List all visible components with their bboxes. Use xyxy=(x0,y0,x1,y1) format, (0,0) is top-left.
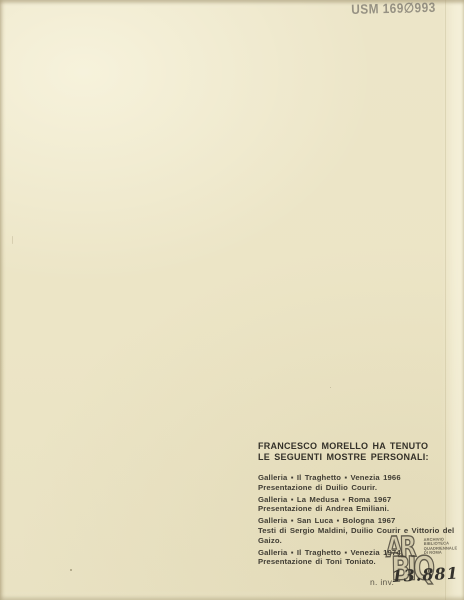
heading-line-2: LE SEGUENTI MOSTRE PERSONALI: xyxy=(258,452,429,462)
exhibition-venue: Galleria ▪ La Medusa ▪ Roma 1967 xyxy=(258,495,461,505)
catalog-heading: FRANCESCO MORELLO HA TENUTOLE SEGUENTI M… xyxy=(258,441,461,463)
inventory-number-label: n. inv. xyxy=(370,577,394,587)
handwritten-inventory-number: 13.881 xyxy=(391,564,459,586)
exhibition-credit: Presentazione di Andrea Emiliani. xyxy=(258,504,461,514)
exhibition-venue: Galleria ▪ San Luca ▪ Bologna 1967 xyxy=(258,516,461,526)
exhibition-entry: Galleria ▪ Il Traghetto ▪ Venezia 1966 P… xyxy=(258,473,461,492)
exhibition-venue: Galleria ▪ Il Traghetto ▪ Venezia 1966 xyxy=(258,473,461,483)
paper-speck xyxy=(330,387,331,388)
exhibition-credit: Presentazione di Duilio Courir. xyxy=(258,483,461,493)
scanned-catalog-page: USM 169∅993 FRANCESCO MORELLO HA TENUTOL… xyxy=(0,0,464,600)
heading-line-1: FRANCESCO MORELLO HA TENUTO xyxy=(258,441,428,451)
exhibition-entry: Galleria ▪ La Medusa ▪ Roma 1967 Present… xyxy=(258,495,461,514)
handwritten-inventory-code: USM 169∅993 xyxy=(351,0,436,18)
paper-speck xyxy=(70,569,72,571)
paper-crease xyxy=(12,236,13,244)
